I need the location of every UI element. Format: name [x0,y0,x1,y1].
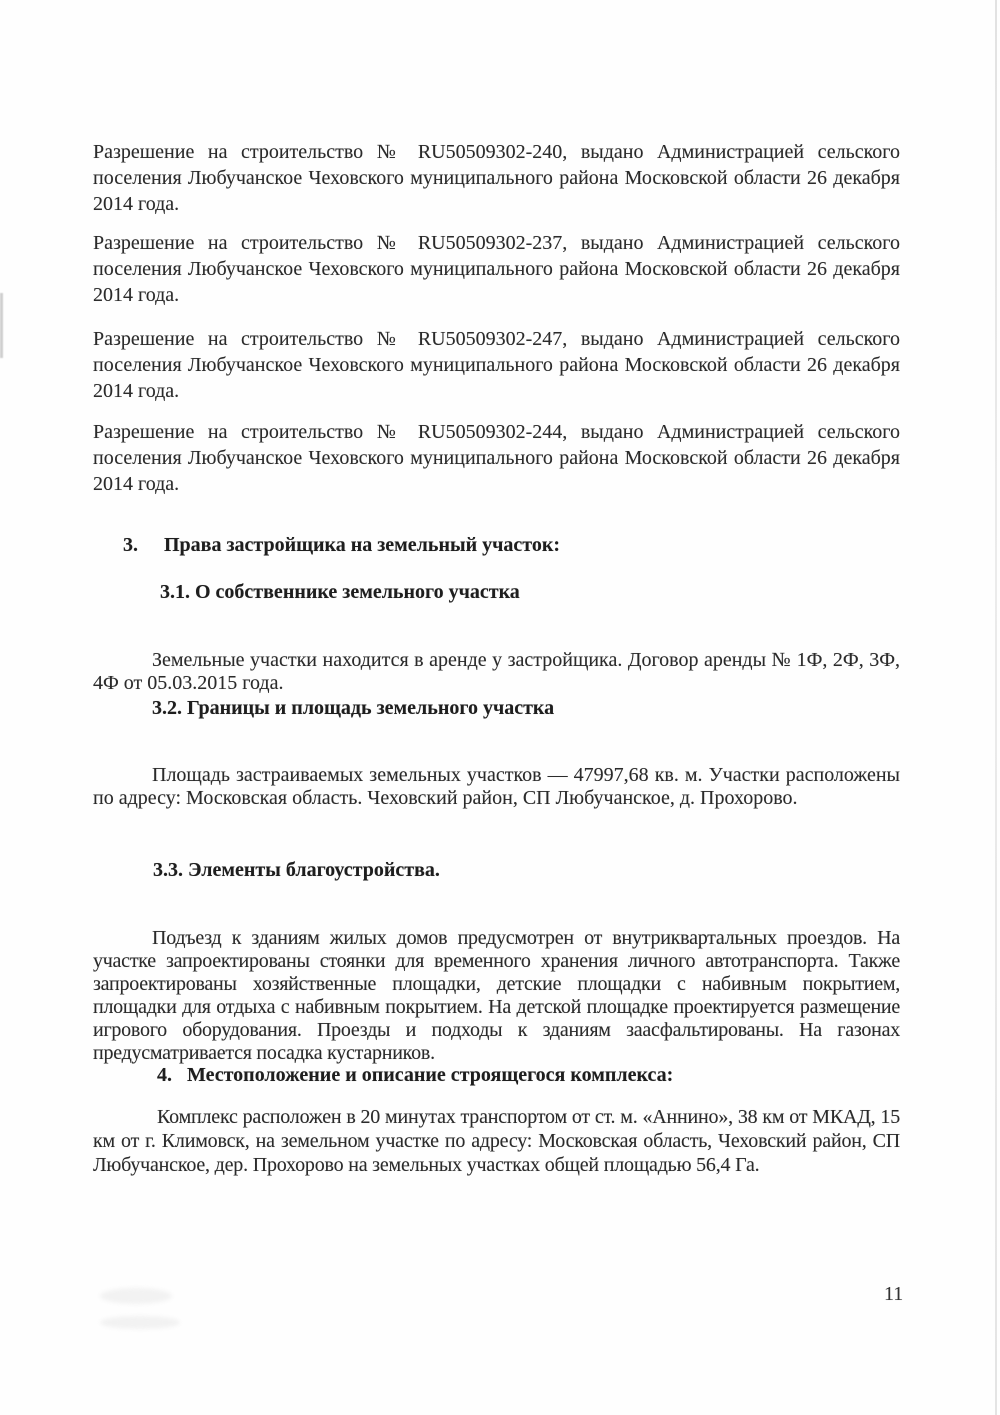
section-3-1-heading: 3.1. О собственнике земельного участка [160,580,520,604]
scan-edge-right-line [995,0,997,1415]
scan-smudge [100,1288,172,1304]
document-page: Разрешение на строительство № RU50509302… [0,0,1000,1415]
section-4-heading: 4.Местоположение и описание строящегося … [157,1063,673,1087]
section-3-heading: 3.Права застройщика на земельный участок… [123,533,560,557]
permit-paragraph-237: Разрешение на строительство № RU50509302… [93,230,900,308]
scan-edge-left-mark [0,293,3,358]
section-3-number: 3. [123,534,138,556]
section-3-3-body: Подъезд к зданиям жилых домов предусмотр… [93,927,900,1065]
section-4-title: Местоположение и описание строящегося ко… [187,1064,673,1086]
section-4-number: 4. [157,1064,172,1086]
section-3-1-body: Земельные участки находится в аренде у з… [93,649,900,695]
section-3-2-heading: 3.2. Границы и площадь земельного участк… [152,696,554,720]
section-3-title: Права застройщика на земельный участок: [164,534,560,556]
section-3-2-body: Площадь застраиваемых земельных участков… [93,764,900,810]
section-3-3-heading: 3.3. Элементы благоустройства. [153,858,440,882]
permit-paragraph-247: Разрешение на строительство № RU50509302… [93,326,900,404]
page-number: 11 [884,1282,903,1306]
section-4-body: Комплекс расположен в 20 минутах транспо… [93,1105,900,1177]
scan-smudge [100,1316,180,1329]
permit-paragraph-244: Разрешение на строительство № RU50509302… [93,419,900,497]
permit-paragraph-240: Разрешение на строительство № RU50509302… [93,139,900,217]
